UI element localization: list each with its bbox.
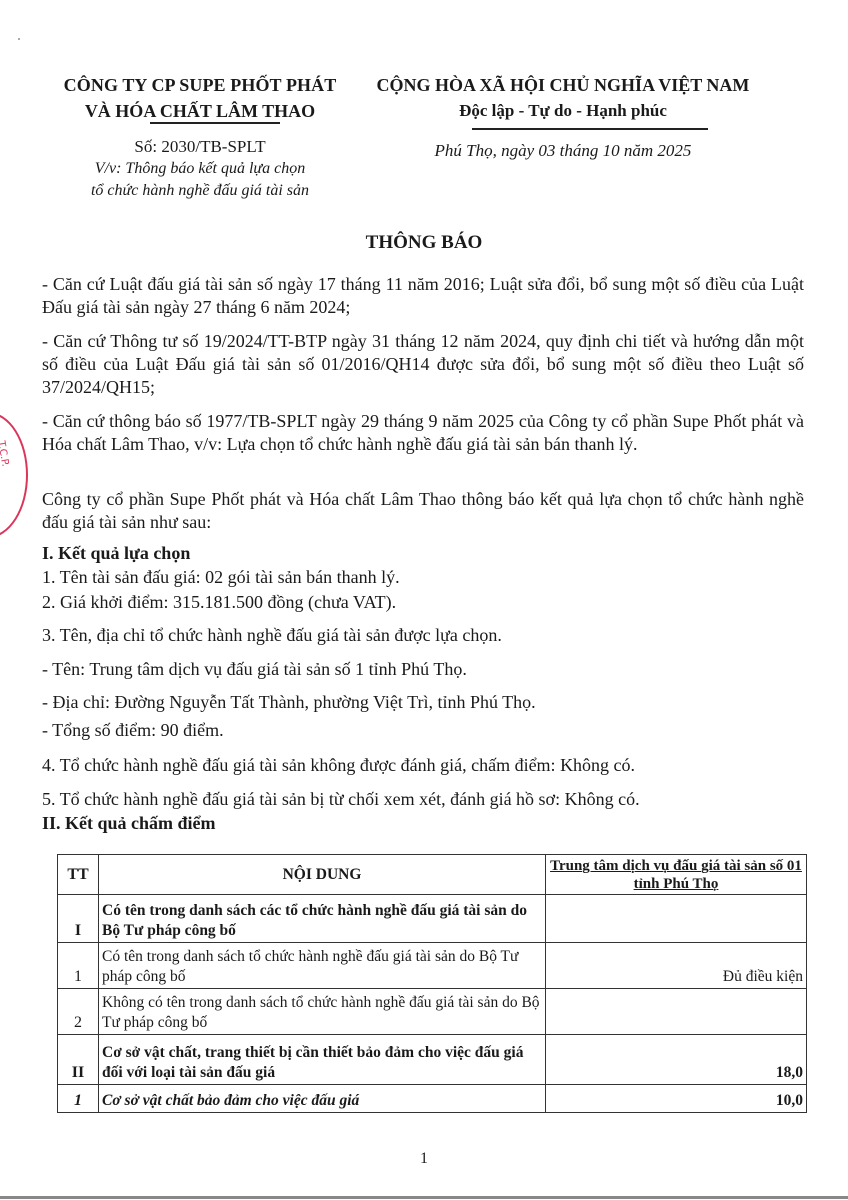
row-content: Có tên trong danh sách các tổ chức hành … xyxy=(99,895,546,943)
company-name-line1: CÔNG TY CP SUPE PHỐT PHÁT xyxy=(40,72,360,98)
issuer-block: CÔNG TY CP SUPE PHỐT PHÁT VÀ HÓA CHẤT LÂ… xyxy=(40,72,360,202)
section-1-heading: I. Kết quả lựa chọn xyxy=(42,542,190,564)
table-header-row: TT NỘI DUNG Trung tâm dịch vụ đấu giá tà… xyxy=(58,855,807,895)
subject-line2: tổ chức hành nghề đấu giá tài sản xyxy=(40,180,360,202)
table-row: 1Có tên trong danh sách tổ chức hành ngh… xyxy=(58,943,807,989)
row-value: Đủ điều kiện xyxy=(546,943,807,989)
table-row: IICơ sở vật chất, trang thiết bị cần thi… xyxy=(58,1035,807,1085)
legal-basis-2: - Căn cứ Thông tư số 19/2024/TT-BTP ngày… xyxy=(42,330,804,399)
document-title: THÔNG BÁO xyxy=(0,232,848,254)
row-value xyxy=(546,895,807,943)
document-number: Số: 2030/TB-SPLT xyxy=(40,136,360,158)
item-org-address: - Địa chỉ: Đường Nguyễn Tất Thành, phườn… xyxy=(42,691,536,713)
item-total-score: - Tổng số điểm: 90 điểm. xyxy=(42,719,224,741)
row-content: Cơ sở vật chất, trang thiết bị cần thiết… xyxy=(99,1035,546,1085)
item-asset-name: 1. Tên tài sản đấu giá: 02 gói tài sản b… xyxy=(42,566,400,588)
item-selected-org: 3. Tên, địa chỉ tổ chức hành nghề đấu gi… xyxy=(42,624,502,646)
row-value xyxy=(546,989,807,1035)
item-rejected: 5. Tổ chức hành nghề đấu giá tài sản bị … xyxy=(42,788,640,810)
scan-speck xyxy=(18,38,20,40)
row-value: 18,0 xyxy=(546,1035,807,1085)
header-org: Trung tâm dịch vụ đấu giá tài sản số 01 … xyxy=(546,855,807,895)
header-tt: TT xyxy=(58,855,99,895)
table-row: ICó tên trong danh sách các tổ chức hành… xyxy=(58,895,807,943)
table-row: 2Không có tên trong danh sách tổ chức hà… xyxy=(58,989,807,1035)
header-content: NỘI DUNG xyxy=(99,855,546,895)
nation-name: CỘNG HÒA XÃ HỘI CHỦ NGHĨA VIỆT NAM xyxy=(348,72,778,98)
row-tt: 1 xyxy=(58,943,99,989)
row-tt: I xyxy=(58,895,99,943)
item-org-name: - Tên: Trung tâm dịch vụ đấu giá tài sản… xyxy=(42,658,467,680)
legal-basis-1: - Căn cứ Luật đấu giá tài sản số ngày 17… xyxy=(42,273,804,319)
issuer-underline xyxy=(150,122,280,124)
row-content: Cơ sở vật chất bảo đảm cho việc đấu giá xyxy=(99,1085,546,1113)
subject-line1: V/v: Thông báo kết quả lựa chọn xyxy=(40,158,360,180)
row-tt: 1 xyxy=(58,1085,99,1113)
row-tt: II xyxy=(58,1035,99,1085)
row-value: 10,0 xyxy=(546,1085,807,1113)
row-content: Có tên trong danh sách tổ chức hành nghề… xyxy=(99,943,546,989)
legal-basis-3: - Căn cứ thông báo số 1977/TB-SPLT ngày … xyxy=(42,410,804,456)
place-date: Phú Thọ, ngày 03 tháng 10 năm 2025 xyxy=(348,140,778,162)
company-name-line2: VÀ HÓA CHẤT LÂM THAO xyxy=(40,98,360,124)
intro-paragraph: Công ty cổ phần Supe Phốt phát và Hóa ch… xyxy=(42,488,804,534)
red-seal-stamp xyxy=(0,412,28,538)
section-2-heading: II. Kết quả chấm điểm xyxy=(42,812,216,834)
table-row: 1Cơ sở vật chất bảo đảm cho việc đấu giá… xyxy=(58,1085,807,1113)
motto: Độc lập - Tự do - Hạnh phúc xyxy=(348,98,778,124)
score-table: TT NỘI DUNG Trung tâm dịch vụ đấu giá tà… xyxy=(57,854,807,1113)
row-content: Không có tên trong danh sách tổ chức hàn… xyxy=(99,989,546,1035)
row-tt: 2 xyxy=(58,989,99,1035)
page-bottom-edge xyxy=(0,1196,848,1199)
page-number: 1 xyxy=(0,1150,848,1168)
national-motto-block: CỘNG HÒA XÃ HỘI CHỦ NGHĨA VIỆT NAM Độc l… xyxy=(348,72,778,162)
item-starting-price: 2. Giá khởi điểm: 315.181.500 đồng (chưa… xyxy=(42,591,396,613)
motto-underline xyxy=(472,128,708,130)
item-not-evaluated: 4. Tổ chức hành nghề đấu giá tài sản khô… xyxy=(42,754,635,776)
